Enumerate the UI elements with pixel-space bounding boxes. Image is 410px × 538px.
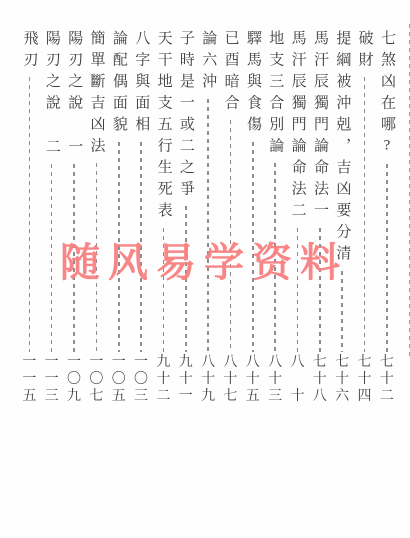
toc-entry: 破財 七十四 — [353, 30, 375, 404]
toc-entry-page: 八十 — [290, 356, 304, 404]
toc-entry: 論六沖 八十九 — [197, 30, 219, 404]
page-number-digit: 七 — [335, 356, 349, 370]
toc-entry: 七煞凶在哪? 七十二 — [376, 30, 398, 404]
page-number-digit: 七 — [313, 356, 327, 370]
toc-entry-title: 簡單斷吉凶法 — [85, 30, 107, 159]
toc-entry-page: 一〇九 — [67, 356, 81, 404]
page-number-digit: 一 — [179, 390, 193, 404]
page-number-digit: 九 — [201, 390, 215, 404]
page-number-digit: 十 — [156, 373, 170, 387]
watermark-text: 随风易学资料 — [60, 241, 352, 285]
toc-entry-page: 七十六 — [335, 356, 349, 404]
page-number-digit: 十 — [380, 373, 394, 387]
leader-line — [207, 99, 209, 353]
page-number-digit: 三 — [45, 390, 59, 404]
page-number-digit: 八 — [201, 356, 215, 370]
leader-line — [386, 164, 388, 352]
toc-entry: 提綱被沖剋，吉凶要分清 七十六 — [331, 30, 353, 404]
toc-entry-page: 一一三 — [45, 356, 59, 404]
toc-entry: 天干地支五行生死表 九十二 — [152, 30, 174, 404]
page-number-digit: 八 — [290, 356, 304, 370]
page-number-digit: 三 — [268, 390, 282, 404]
page-number-digit: 一 — [89, 356, 103, 370]
toc-entry: 八字與面相 一〇三 — [130, 30, 152, 404]
page-number-digit: 一 — [45, 373, 59, 387]
page-number-digit: 十 — [313, 373, 327, 387]
toc-entry-page: 一〇三 — [134, 356, 148, 404]
toc-entry-title: 馬汗辰獨門論命法一 — [309, 30, 331, 224]
page-number-digit: 一 — [134, 356, 148, 370]
page-number-digit: 七 — [223, 390, 237, 404]
page-number-digit: 八 — [313, 390, 327, 404]
page-number-digit: 〇 — [112, 373, 126, 387]
page-number-digit: 一 — [22, 356, 36, 370]
toc-entry: 馬汗辰獨門論命法二 八十 — [286, 30, 308, 404]
toc-entry-page: 七十八 — [313, 356, 327, 404]
toc-entry-title: 八字與面相 — [130, 30, 152, 138]
page-number-digit: 十 — [290, 390, 304, 404]
toc-entry-title: 地支三合別論 — [264, 30, 286, 159]
leader-line — [29, 77, 31, 352]
toc-entry-page: 七十二 — [380, 356, 394, 404]
toc-entry-page: 一〇七 — [89, 356, 103, 404]
page-number-digit: 八 — [223, 356, 237, 370]
page-number-digit: 〇 — [134, 373, 148, 387]
page-number-digit: 八 — [268, 356, 282, 370]
toc-entry: 論配偶面貌 一〇五 — [108, 30, 130, 404]
toc-entry-title: 論配偶面貌 — [108, 30, 130, 138]
page-number-digit: 十 — [335, 373, 349, 387]
toc-entry: 子時是一或二之爭 九十一 — [175, 30, 197, 404]
toc-entry: 已酉暗合 八十七 — [219, 30, 241, 404]
toc-entry-title: 驛馬與食傷 — [242, 30, 264, 138]
toc-entry-title: 已酉暗合 — [219, 30, 241, 116]
page-number-digit: 一 — [45, 356, 59, 370]
page-number-digit: 三 — [134, 390, 148, 404]
page-number-digit: 十 — [179, 373, 193, 387]
toc-entry-title: 天干地支五行生死表 — [152, 30, 174, 224]
toc-entry-page: 八十七 — [223, 356, 237, 404]
toc-entry-page: 七十四 — [357, 356, 371, 404]
page-number-digit: 十 — [201, 373, 215, 387]
leader-line — [364, 77, 366, 352]
toc-entry-page: 八十九 — [201, 356, 215, 404]
toc-entry: 陽刃之說 一 一〇九 — [63, 30, 85, 404]
toc-entry-title: 提綱被沖剋，吉凶要分清 — [331, 30, 353, 267]
toc-entry-page: 九十一 — [179, 356, 193, 404]
book-toc-page: 七煞凶在哪? 七十二 破財 七十四 提綱被沖剋，吉凶要分清 七十六 馬汗辰獨門論… — [0, 0, 410, 538]
page-number-digit: 五 — [22, 390, 36, 404]
page-number-digit: 九 — [67, 390, 81, 404]
toc-entry: 馬汗辰獨門論命法一 七十八 — [309, 30, 331, 404]
page-number-digit: 二 — [156, 390, 170, 404]
page-number-digit: 一 — [112, 356, 126, 370]
leader-line — [230, 120, 232, 352]
leader-line — [51, 164, 53, 352]
toc-entry-title: 論六沖 — [197, 30, 219, 95]
page-number-digit: 七 — [357, 356, 371, 370]
toc-entry-title: 子時是一或二之爭 — [175, 30, 197, 202]
page-number-digit: 五 — [246, 390, 260, 404]
page-number-digit: 一 — [67, 356, 81, 370]
toc-entry-page: 一一五 — [22, 356, 36, 404]
page-number-digit: 十 — [357, 373, 371, 387]
toc-entry-title: 馬汗辰獨門論命法二 — [286, 30, 308, 224]
page-number-digit: 九 — [156, 356, 170, 370]
toc-entry-page: 八十三 — [268, 356, 282, 404]
toc-entry-title: 飛刃 — [18, 30, 40, 73]
toc-entry-page: 八十五 — [246, 356, 260, 404]
page-number-digit: 七 — [89, 390, 103, 404]
page-number-digit: 六 — [335, 390, 349, 404]
page-number-digit: 二 — [380, 390, 394, 404]
toc-entry: 陽刃之說 二 一一三 — [41, 30, 63, 404]
toc-entry: 簡單斷吉凶法 一〇七 — [85, 30, 107, 404]
page-number-digit: 十 — [246, 373, 260, 387]
page-number-digit: 十 — [268, 373, 282, 387]
toc-entry-page: 九十二 — [156, 356, 170, 404]
toc-entry-title: 破財 — [353, 30, 375, 73]
toc-entry-title: 七煞凶在哪? — [376, 30, 398, 160]
page-number-digit: 五 — [112, 390, 126, 404]
page-number-digit: 四 — [357, 390, 371, 404]
toc-entry: 地支三合別論 八十三 — [264, 30, 286, 404]
page-number-digit: 七 — [380, 356, 394, 370]
page-number-digit: 〇 — [89, 373, 103, 387]
toc-entry-title: 陽刃之說 一 — [63, 30, 85, 160]
toc-entry: 飛刃 一一五 — [18, 30, 40, 404]
toc-entry: 驛馬與食傷 八十五 — [242, 30, 264, 404]
page-number-digit: 九 — [179, 356, 193, 370]
page-number-digit: 十 — [223, 373, 237, 387]
page-number-digit: 〇 — [67, 373, 81, 387]
page-number-digit: 八 — [246, 356, 260, 370]
page-number-digit: 一 — [22, 373, 36, 387]
toc-entry-page: 一〇五 — [112, 356, 126, 404]
toc-entry-title: 陽刃之說 二 — [41, 30, 63, 160]
